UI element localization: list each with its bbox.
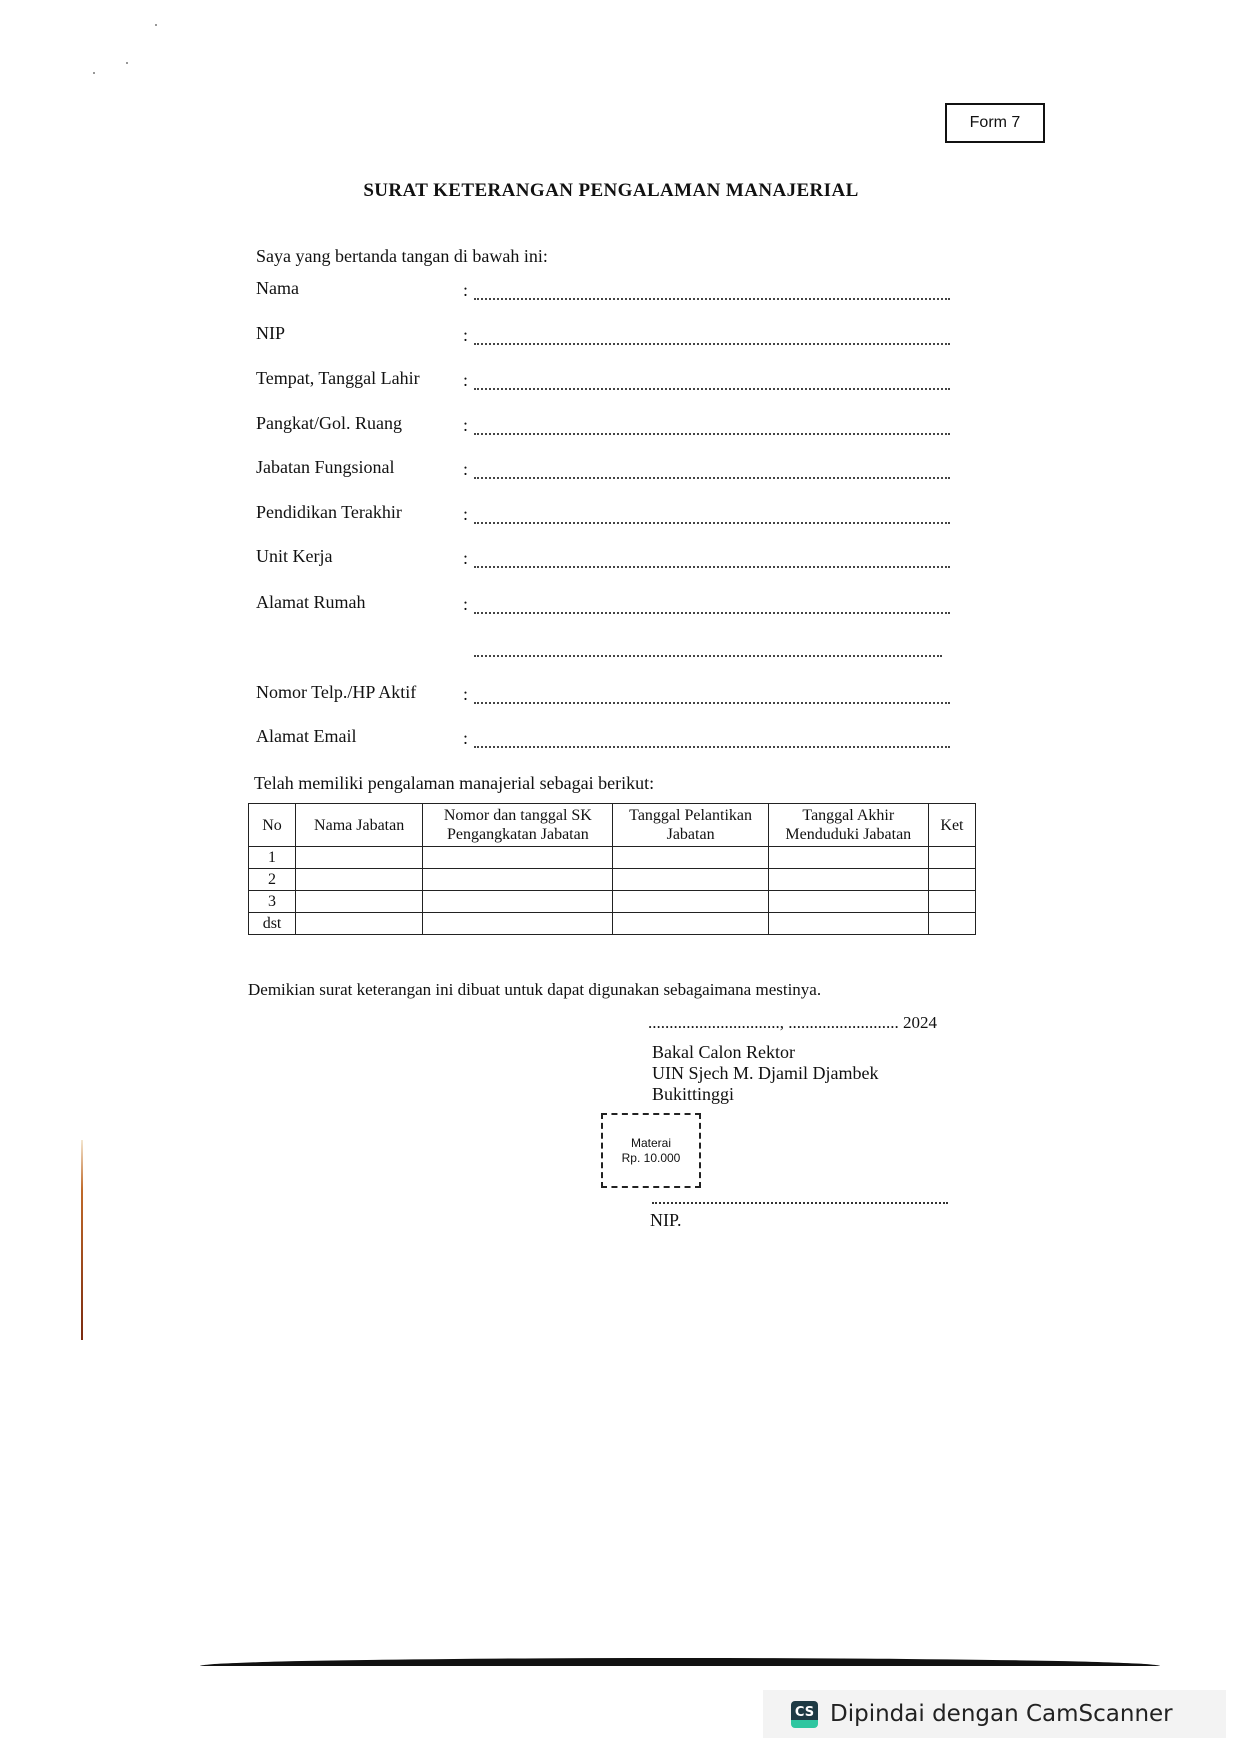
field-label: Tempat, Tanggal Lahir (256, 368, 420, 389)
signatory-institution: UIN Sjech M. Djamil Djambek (652, 1063, 878, 1084)
page-edge-shadow (81, 1140, 83, 1340)
field-unit-kerja[interactable]: Unit Kerja : (256, 546, 956, 574)
camscanner-watermark-text: Dipindai dengan CamScanner (830, 1701, 1173, 1727)
experience-intro: Telah memiliki pengalaman manajerial seb… (254, 773, 654, 794)
cell-nomor-sk[interactable] (423, 847, 613, 869)
cell-nama-jabatan[interactable] (296, 847, 423, 869)
field-nomor-telp[interactable]: Nomor Telp./HP Aktif : (256, 682, 956, 710)
table-header-row: No Nama Jabatan Nomor dan tanggal SK Pen… (249, 804, 976, 847)
cell-tanggal-pelantikan[interactable] (613, 847, 768, 869)
cell-ket[interactable] (928, 847, 975, 869)
field-colon: : (463, 415, 468, 436)
field-alamat-rumah-line-2[interactable] (474, 655, 942, 657)
header-tanggal-pelantikan: Tanggal Pelantikan Jabatan (613, 804, 768, 847)
field-pendidikan-terakhir[interactable]: Pendidikan Terakhir : (256, 502, 956, 530)
field-nama[interactable]: Nama : (256, 278, 956, 306)
closing-statement: Demikian surat keterangan ini dibuat unt… (248, 980, 821, 1000)
form-number-label: Form 7 (970, 114, 1021, 132)
field-blank-line[interactable] (474, 388, 950, 390)
field-alamat-email[interactable]: Alamat Email : (256, 726, 956, 754)
camscanner-watermark: CS Dipindai dengan CamScanner (763, 1690, 1226, 1738)
header-no: No (249, 804, 296, 847)
signature-nip-label: NIP. (650, 1210, 682, 1231)
cell-tanggal-pelantikan[interactable] (613, 891, 768, 913)
cell-ket[interactable] (928, 891, 975, 913)
field-jabatan-fungsional[interactable]: Jabatan Fungsional : (256, 457, 956, 485)
cell-nama-jabatan[interactable] (296, 891, 423, 913)
field-colon: : (463, 370, 468, 391)
field-blank-line[interactable] (474, 298, 950, 300)
field-label: Pangkat/Gol. Ruang (256, 413, 402, 434)
field-label: Alamat Rumah (256, 592, 365, 613)
field-blank-line[interactable] (474, 522, 950, 524)
cell-no: dst (249, 913, 296, 935)
field-blank-line[interactable] (474, 477, 950, 479)
table-row: 2 (249, 869, 976, 891)
experience-table: No Nama Jabatan Nomor dan tanggal SK Pen… (248, 803, 976, 935)
field-colon: : (463, 280, 468, 301)
header-ket: Ket (928, 804, 975, 847)
cell-tanggal-akhir[interactable] (768, 891, 928, 913)
document-title: SURAT KETERANGAN PENGALAMAN MANAJERIAL (0, 180, 1222, 202)
scan-speck (93, 72, 95, 74)
cell-nama-jabatan[interactable] (296, 869, 423, 891)
field-nip[interactable]: NIP : (256, 323, 956, 351)
header-nama-jabatan: Nama Jabatan (296, 804, 423, 847)
field-blank-line[interactable] (474, 702, 950, 704)
field-colon: : (463, 459, 468, 480)
cell-nomor-sk[interactable] (423, 913, 613, 935)
cell-tanggal-pelantikan[interactable] (613, 869, 768, 891)
field-colon: : (463, 684, 468, 705)
table-row: 1 (249, 847, 976, 869)
field-alamat-rumah[interactable]: Alamat Rumah : (256, 592, 956, 620)
place-date-line[interactable]: ..............................., .......… (648, 1013, 937, 1033)
signatory-title: Bakal Calon Rektor (652, 1042, 878, 1063)
field-colon: : (463, 728, 468, 749)
cell-ket[interactable] (928, 869, 975, 891)
cell-nomor-sk[interactable] (423, 869, 613, 891)
header-tanggal-akhir: Tanggal Akhir Menduduki Jabatan (768, 804, 928, 847)
field-colon: : (463, 548, 468, 569)
table-row: 3 (249, 891, 976, 913)
field-tempat-tanggal-lahir[interactable]: Tempat, Tanggal Lahir : (256, 368, 956, 396)
field-colon: : (463, 594, 468, 615)
cell-nomor-sk[interactable] (423, 891, 613, 913)
page-bottom-shadow (200, 1658, 1160, 1666)
field-colon: : (463, 504, 468, 525)
scan-speck (155, 24, 157, 26)
field-pangkat-gol-ruang[interactable]: Pangkat/Gol. Ruang : (256, 413, 956, 441)
cell-no: 2 (249, 869, 296, 891)
field-label: Pendidikan Terakhir (256, 502, 402, 523)
field-label: Nomor Telp./HP Aktif (256, 682, 416, 703)
materai-label: Materai (631, 1136, 671, 1151)
signatory-block: Bakal Calon Rektor UIN Sjech M. Djamil D… (652, 1042, 878, 1105)
cell-tanggal-pelantikan[interactable] (613, 913, 768, 935)
cell-nama-jabatan[interactable] (296, 913, 423, 935)
cell-no: 1 (249, 847, 296, 869)
field-blank-line[interactable] (474, 433, 950, 435)
field-blank-line[interactable] (474, 343, 950, 345)
field-blank-line[interactable] (474, 746, 950, 748)
cell-tanggal-akhir[interactable] (768, 913, 928, 935)
cell-tanggal-akhir[interactable] (768, 869, 928, 891)
field-label: Jabatan Fungsional (256, 457, 394, 478)
materai-amount: Rp. 10.000 (622, 1151, 681, 1166)
field-label: Alamat Email (256, 726, 356, 747)
header-nomor-sk: Nomor dan tanggal SK Pengangkatan Jabata… (423, 804, 613, 847)
field-blank-line[interactable] (474, 612, 950, 614)
intro-text: Saya yang bertanda tangan di bawah ini: (256, 246, 548, 267)
field-label: NIP (256, 323, 285, 344)
field-label: Unit Kerja (256, 546, 332, 567)
field-blank-line[interactable] (474, 566, 950, 568)
field-colon: : (463, 325, 468, 346)
camscanner-logo-icon: CS (791, 1701, 818, 1728)
signature-name-line[interactable] (652, 1202, 948, 1204)
cell-no: 3 (249, 891, 296, 913)
table-row: dst (249, 913, 976, 935)
materai-stamp-box: Materai Rp. 10.000 (601, 1113, 701, 1188)
signatory-city: Bukittinggi (652, 1084, 878, 1105)
scan-speck (126, 62, 128, 64)
field-label: Nama (256, 278, 299, 299)
form-number-box: Form 7 (945, 103, 1045, 143)
cell-tanggal-akhir[interactable] (768, 847, 928, 869)
cell-ket[interactable] (928, 913, 975, 935)
